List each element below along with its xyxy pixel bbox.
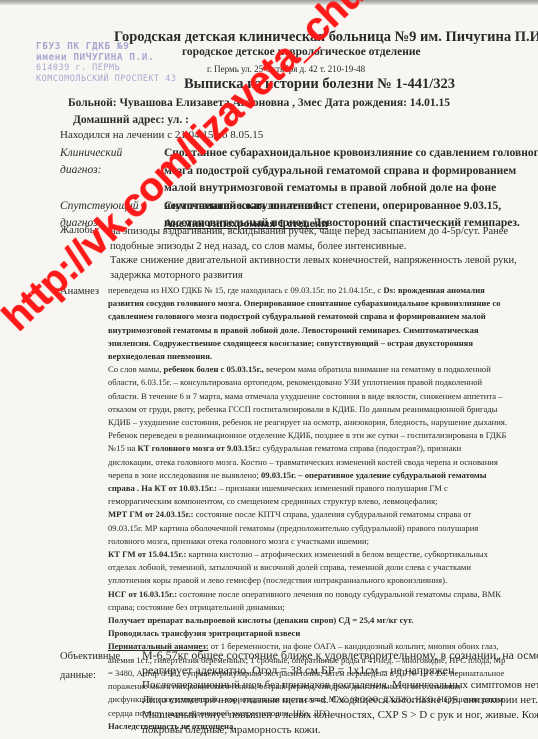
complaints-text: на эпизоды вздрагивания, вскидывания руч… [110,225,517,283]
anamnesis-line: справа; состояние без отрицательной дина… [108,601,534,614]
clinical-diagnosis-label: Клинический [60,147,122,159]
complaints-line: задержка моторного развития [110,269,517,284]
hospital-address: г. Пермь ул. 25 Октября д. 42 т. 210-19-… [207,64,365,74]
anamnesis-line: Получает препарат вальпроевой кислоты (д… [108,614,534,627]
anamnesis-line: отделах лобной, теменной, затылочной и в… [108,561,534,574]
stamp-line: имени ПИЧУГИНА П.И. [36,53,154,64]
objective-line: покровы бледные, мраморность кожи. [142,723,538,738]
hospital-name: Городская детская клиническая больница №… [114,29,538,46]
anamnesis-line: Со слов мамы, ребенок болен с 05.03.15г.… [108,363,534,376]
home-address: Домашний адрес: ул. : [73,114,189,126]
anamnesis-line: головного мозга, признаки отека головног… [108,535,534,548]
treatment-period: Находился на лечении с 21.04.15 по 8.05.… [60,129,263,141]
objective-label: данные: [60,670,96,681]
document-title: Выписка из истории болезни № 1-441/323 [184,76,455,93]
anamnesis-line: справа . На КТ от 10.03.15г.: – признаки… [108,482,534,495]
anamnesis-line: КДИБ – ухудшение состояния, ребенок не р… [108,416,534,429]
anamnesis-line: отказом от груди, рвоту, ребенка ГССП го… [108,403,534,416]
complaints-line: подобные эпизоды 2 нед назад, со слов ма… [110,240,517,255]
anamnesis-label: Анамнез [60,286,99,297]
anamnesis-line: НСГ от 16.03.15г.: состояние после опера… [108,588,534,601]
complaints-line: Также снижение двигательной активности л… [110,254,517,269]
objective-text: М-6,57кг общее состояние ближе к удовлет… [142,648,538,738]
diagnosis-line: Симптоматическая эпилепсия. [164,198,328,216]
objective-line: реагирует адекватно. Огол = 38 см БР = 1… [142,663,538,678]
anamnesis-line: внутримозговой гематомы в правой лобной … [108,324,534,337]
objective-line: М-6,57кг общее состояние ближе к удовлет… [142,648,538,663]
anamnesis-line: развития сосудов головного мозга. Оперир… [108,297,534,310]
anamnesis-line: области. В течение 6 и 7 марта, мама отм… [108,390,534,403]
objective-line: Лицо симметричное, глазные щели s=d. Схо… [142,693,538,708]
anamnesis-line: Проводилась трансфузия эритроцитарной вз… [108,627,534,640]
anamnesis-line: эпилепсия. Содружественное сходящееся ко… [108,337,534,350]
stamp-line: КОМСОМОЛЬСКИЙ ПРОСПЕКТ 43 [36,74,154,85]
anamnesis-line: черепа в зоне исследования не выявлено; … [108,469,534,482]
anamnesis-line: дислокации, отека головного мозга. Костн… [108,456,534,469]
anamnesis-line: переведена из НХО ГДКБ № 15, где находил… [108,284,534,297]
objective-line: Послеоперационный шов без признаков восп… [142,678,538,693]
anamnesis-line: области, 6.03.15г. – консультирована орт… [108,376,534,389]
anamnesis-line: МРТ ГМ от 24.03.15г.: состояние после КП… [108,508,534,521]
clinical-diagnosis-label: диагноз: [60,164,101,176]
complaints-line: на эпизоды вздрагивания, вскидывания руч… [110,225,517,240]
anamnesis-line: Ребенок переведен в реанимационное отдел… [108,429,534,442]
diagnosis-line: Спонтанное субарахноидальное кровоизлиян… [164,145,538,163]
anamnesis-line: КТ ГМ от 15.04.15г.: картина кистозно – … [108,548,534,561]
anamnesis-line: геморрагическим компонентом, со смещение… [108,495,534,508]
hospital-stamp: ГБУЗ ПК ГДКБ №9 имени ПИЧУГИНА П.И. 6140… [36,42,154,84]
diagnosis-line: малой внутримозговой гематомы в правой л… [164,180,538,198]
diagnosis-line: мозга подострой субдуральной гематомой с… [164,163,538,181]
department-name: городское детское неврологическое отделе… [182,46,421,58]
patient-line: Больной: Чувашова Елизавета Антоновна , … [68,97,450,109]
objective-label: Объективные [60,651,120,662]
complaints-label: Жалобы: [60,225,100,236]
stamp-line: 614039 г. ПЕРМЬ [36,63,154,74]
anamnesis-line: уплотнения коры правой и лево гемисфер (… [108,574,534,587]
objective-line: Мышечный тонус повышен в левых конечност… [142,708,538,723]
anamnesis-line: сдавлением головного мозга подострой суб… [108,310,534,323]
anamnesis-line: 09.03.15г. МР картина оболочечной гемато… [108,522,534,535]
concomitant-diagnosis-label: Спутствующий [60,200,139,212]
anamnesis-line: №15 на КТ головного мозга от 9.03.15г.: … [108,442,534,455]
anamnesis-line: верхнедолевая пневмония. [108,350,534,363]
